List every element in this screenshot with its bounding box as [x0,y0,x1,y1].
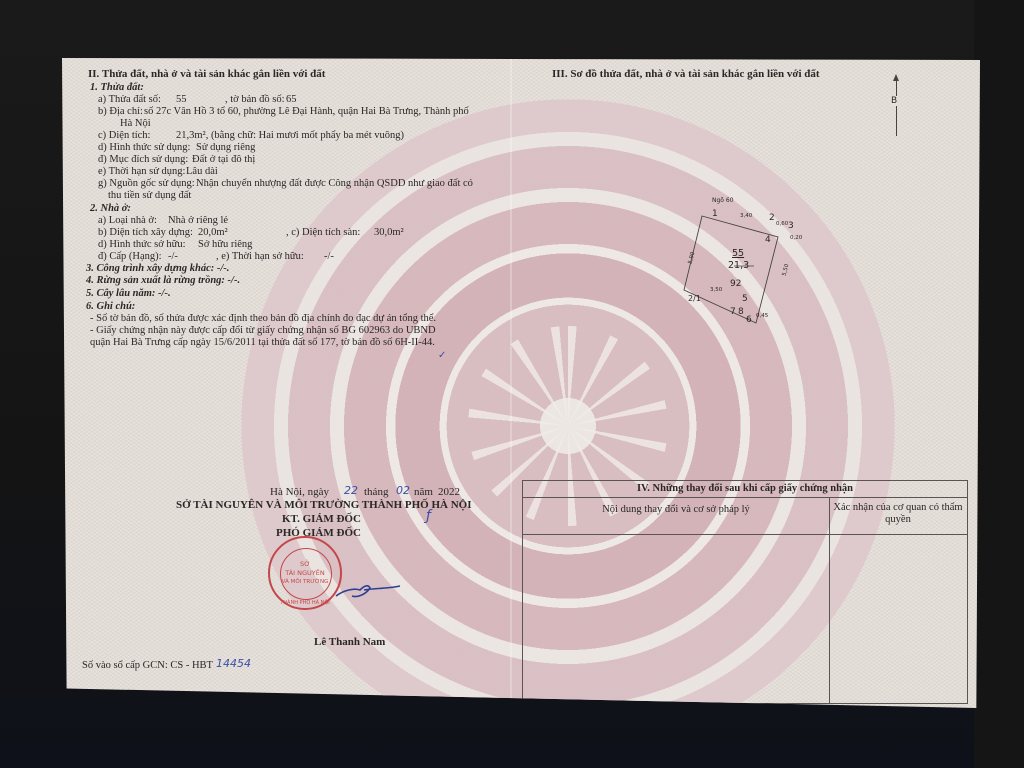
changes-table-header: Nội dung thay đổi và cơ sở pháp lý Xác n… [523,498,967,535]
grade-value: -/- [168,251,178,263]
col-changes-content: Nội dung thay đổi và cơ sở pháp lý [523,504,829,515]
left-label: 2/1 [688,293,701,305]
point-8: 8 [738,306,744,318]
edge-5-left: 3,50 [710,284,722,296]
point-7: 7 [730,306,736,318]
edge-3-4: 0,20 [790,232,802,244]
address-line2: Hà Nội [120,118,151,130]
north-arrow-icon [896,78,897,136]
origin-label: g) Nguồn gốc sử dụng: [98,178,195,190]
notes-heading: 6. Ghi chú: [86,301,135,313]
north-label: B [891,96,897,106]
use-form-value: Sử dụng riêng [196,142,255,154]
map-sheet-label: , tờ bản đồ số: [225,94,285,106]
map-sheet-number: 65 [286,94,297,106]
grade-label: đ) Cấp (Hạng): [98,251,162,263]
use-form-label: d) Hình thức sử dụng: [98,142,190,154]
initial-mark: ƒ [426,510,431,522]
parcel-number: 55 [176,94,187,106]
point-5: 5 [742,293,748,305]
point-3: 3 [788,220,794,232]
note-2-line1: - Giấy chứng nhận này được cấp đổi từ gi… [90,325,436,337]
registry-label: Số vào sổ cấp GCN: CS - HBT [82,660,213,672]
fold-line [510,58,512,708]
other-works: 3. Công trình xây dựng khác: -/-. [86,263,229,275]
note-1: - Số tờ bản đồ, số thửa được xác định th… [90,313,436,325]
purpose-value: Đất ở tại đô thị [192,154,255,166]
term-label: e) Thời hạn sử dụng: [98,166,185,178]
note-2-line2: quận Hai Bà Trưng cấp ngày 15/6/2011 tại… [90,337,435,349]
origin-line1: Nhận chuyển nhượng đất được Công nhận QS… [196,178,473,190]
address-line1: số 27c Vân Hồ 3 tổ 60, phường Lê Đại Hàn… [144,106,469,118]
section3-title: III. Sơ đồ thửa đất, nhà ở và tài sản kh… [552,68,820,80]
col-authority-confirmation: Xác nhận của cơ quan có thẩm quyền [831,502,965,526]
role-1: KT. GIÁM ĐỐC [282,513,361,525]
plot-code: 92 [730,278,741,290]
floor-area-value: 30,0m² [374,227,404,239]
date-day: 22 [344,485,358,497]
date-prefix: Hà Nội, ngày [270,486,329,498]
section4-title: IV. Những thay đổi sau khi cấp giấy chứn… [523,481,967,498]
land-certificate-document: II. Thửa đất, nhà ở và tài sản khác gắn … [62,58,980,708]
area-label: c) Diện tích: [98,130,150,142]
registry-number: 14454 [216,658,251,670]
point-2: 2 [769,212,775,224]
section2-title: II. Thửa đất, nhà ở và tài sản khác gắn … [88,68,325,80]
stamp-mid2: VÀ MÔI TRƯỜNG [270,578,340,586]
changes-table: IV. Những thay đổi sau khi cấp giấy chứn… [522,480,968,704]
stamp-mid1: TÀI NGUYÊN [270,569,340,577]
purpose-label: đ) Mục đích sử dụng: [98,154,188,166]
point-1: 1 [712,208,718,220]
edge-2-3: 0,60 [776,218,788,230]
ownership-value: Sở hữu riêng [198,239,252,251]
year-label: năm [414,486,433,498]
role-2: PHÓ GIÁM ĐỐC [276,527,361,539]
area-value: 21,3m², (bằng chữ: Hai mươi mốt phẩy ba … [176,130,404,142]
column-divider [829,498,830,703]
address-label: b) Địa chỉ: [98,106,143,118]
plot-number: 55 [732,248,744,260]
plot-area: 21,3 [728,260,749,272]
stamp-bottom: THÀNH PHỐ HÀ NỘI [270,599,340,607]
origin-line2: thu tiền sử dụng đất [108,190,191,202]
house-type-label: a) Loại nhà ở: [98,215,157,227]
perennial: 5. Cây lâu năm: -/-. [86,288,171,300]
own-term-label: , e) Thời hạn sở hữu: [216,251,304,263]
build-area-value: 20,0m² [198,227,228,239]
own-term-value: -/- [324,251,334,263]
edge-5-6: 0,45 [756,310,768,322]
forest: 4. Rừng sản xuất là rừng trồng: -/-. [86,275,240,287]
ownership-label: d) Hình thức sở hữu: [98,239,186,251]
official-stamp: SỞ TÀI NGUYÊN VÀ MÔI TRƯỜNG THÀNH PHỐ HÀ… [268,536,342,610]
floor-area-label: , c) Diện tích sàn: [286,227,360,239]
stamp-top: SỞ [270,560,340,568]
point-6: 6 [746,314,752,326]
signer-name: Lê Thanh Nam [314,636,385,648]
month-label: tháng [364,486,388,498]
term-value: Lâu dài [186,166,218,178]
house-heading: 2. Nhà ở: [90,203,131,215]
background-edge [974,0,1024,768]
date-year: 2022 [438,486,460,498]
point-4: 4 [765,234,771,246]
map-ref: Ngõ 60 [712,195,734,207]
parcel-label: a) Thửa đất số: [98,94,161,106]
note-initial: ✓ [438,350,446,362]
date-month: 02 [396,485,410,497]
build-area-label: b) Diện tích xây dựng: [98,227,193,239]
land-heading: 1. Thửa đất: [90,82,144,94]
handwritten-signature [334,576,404,606]
house-type-value: Nhà ở riêng lẻ [168,215,228,227]
edge-1-2: 3,40 [740,210,752,222]
